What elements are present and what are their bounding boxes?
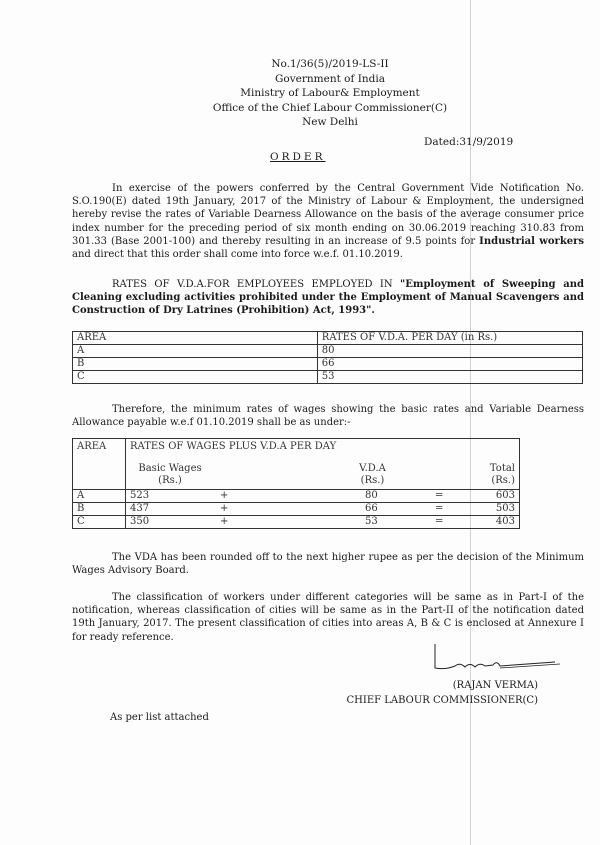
table-row: B66	[73, 358, 583, 371]
table-row: B437+66=503	[73, 503, 520, 516]
paragraph-3: Therefore, the minimum rates of wages sh…	[72, 403, 584, 429]
order-title: ORDER	[270, 151, 326, 163]
govt-line: Government of India	[60, 72, 600, 87]
table-row: A80	[73, 345, 583, 358]
letterhead: No.1/36(5)/2019-LS-II Government of Indi…	[0, 57, 600, 130]
table-row: C53	[73, 371, 583, 384]
vda-rates-table: AREA RATES OF V.D.A. PER DAY (in Rs.) A8…	[72, 331, 583, 384]
ministry-line: Ministry of Labour& Employment	[60, 86, 600, 101]
date-line: Dated:31/9/2019	[424, 136, 513, 148]
table-header-row: AREA RATES OF V.D.A. PER DAY (in Rs.)	[73, 332, 583, 345]
signatory-title: CHIEF LABOUR COMMISSIONER(C)	[330, 695, 538, 706]
office-line: Office of the Chief Labour Commissioner(…	[60, 101, 600, 116]
reference-number: No.1/36(5)/2019-LS-II	[60, 57, 600, 72]
table-header-row: AREA RATES OF WAGES PLUS V.D.A PER DAY B…	[73, 439, 520, 490]
document-page: No.1/36(5)/2019-LS-II Government of Indi…	[0, 0, 600, 845]
industrial-workers-bold: Industrial workers	[479, 236, 584, 247]
table-row: A523+80=603	[73, 490, 520, 503]
paragraph-2: RATES OF V.D.A.FOR EMPLOYEES EMPLOYED IN…	[72, 278, 584, 318]
enclosure-note: As per list attached	[110, 712, 209, 723]
paragraph-4: The VDA has been rounded off to the next…	[72, 551, 584, 577]
signatory-name: (RAJAN VERMA)	[420, 680, 538, 691]
paragraph-1: In exercise of the powers conferred by t…	[72, 182, 584, 261]
paragraph-5: The classification of workers under diff…	[72, 591, 584, 644]
signature	[405, 640, 565, 674]
table-row: C350+53=403	[73, 516, 520, 529]
wages-table: AREA RATES OF WAGES PLUS V.D.A PER DAY B…	[72, 438, 520, 529]
city-line: New Delhi	[60, 115, 600, 130]
